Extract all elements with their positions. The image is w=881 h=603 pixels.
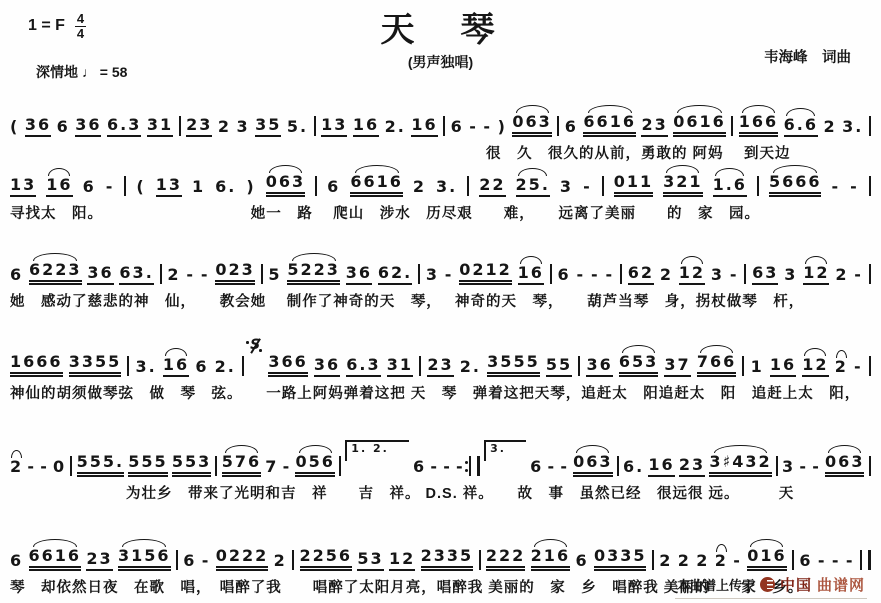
note-group: 555 [128, 454, 167, 477]
barline [620, 264, 622, 284]
note-group: 6616 [583, 114, 636, 137]
note-group: 16 [648, 457, 674, 477]
note-group: 12 [679, 265, 705, 285]
note-group: 6616 [29, 548, 82, 571]
tempo-value: ♩ = 58 [82, 64, 128, 80]
note-group: 23 [86, 551, 112, 571]
note-group: - [730, 267, 739, 285]
note-group: 2 [659, 553, 672, 571]
note-group: 7 [265, 459, 278, 477]
note-group: 36 [25, 117, 51, 137]
note-group: - [733, 553, 742, 571]
notation-line: 166633553.1662.S366366.331232.3555553665… [8, 338, 873, 379]
system: 13166-(1316.)0636661623.2225.3-0113211.6… [8, 158, 873, 246]
volta-bracket: 3. [484, 440, 526, 461]
note-group: 36 [586, 357, 612, 377]
note-group: 6 [57, 119, 70, 137]
barline [869, 264, 871, 284]
note-group: 23 [427, 357, 453, 377]
barline [292, 550, 294, 570]
note-group: 53 [357, 551, 383, 571]
note-group: 3 [560, 179, 573, 197]
note-group: - [818, 553, 827, 571]
upload-note-text: 本曲谱上传于 [677, 575, 755, 594]
note-group: 2 [715, 553, 728, 571]
barline [869, 456, 871, 476]
note-group: 6.3 [107, 117, 141, 137]
note-group: 2 [218, 119, 231, 137]
song-subtitle: (男声独唱) [408, 52, 473, 72]
note-group: 2 [835, 359, 848, 377]
note-group: 2 [413, 179, 426, 197]
note-group: 2. [215, 359, 236, 377]
note-group: 056 [295, 454, 334, 477]
note-group: 6 [451, 119, 464, 137]
barline [757, 176, 759, 196]
barline [869, 356, 871, 376]
note-group: 23 [186, 117, 212, 137]
note-group: 6 [558, 267, 571, 285]
note-group: 6 [530, 459, 543, 477]
barline [419, 356, 421, 376]
system: (366366.3312323355.13162.166--)063666162… [8, 98, 873, 158]
note-group: 6 [575, 553, 588, 571]
note-group: 2 [274, 553, 287, 571]
note-group: 62 [628, 265, 654, 285]
note-group: 5 [268, 267, 281, 285]
note-group: 555. [77, 454, 124, 477]
note-group: 25. [516, 177, 550, 197]
note-group: - [469, 119, 478, 137]
note-group: ) [246, 179, 255, 197]
note-group: - [846, 553, 855, 571]
note-group: 2. [460, 359, 481, 377]
note-group: 36 [346, 265, 372, 285]
note-group: - [186, 267, 195, 285]
note-group: 766 [697, 354, 736, 377]
note-group: 2 [10, 459, 23, 477]
barline [242, 356, 244, 376]
note-group: 3555 [487, 354, 540, 377]
note-group: 016 [747, 548, 786, 571]
barline [652, 550, 654, 570]
note-group: 13 [10, 177, 36, 197]
note-group: - [605, 267, 614, 285]
note-group: 3♯432 [709, 454, 771, 477]
system: 166633553.1662.S366366.331232.3555553665… [8, 338, 873, 438]
barline [443, 116, 445, 136]
note-group: 36 [87, 265, 113, 285]
note-group: 2 [167, 267, 180, 285]
meter-upper: 4 [75, 12, 86, 27]
system: 662233663.2--023552233662.3-0212166---62… [8, 246, 873, 338]
note-group: 6 [183, 553, 196, 571]
note-group: 62. [378, 265, 412, 285]
note-group: 011 [614, 174, 653, 197]
note-group: 553 [172, 454, 211, 477]
note-group: 2 [678, 553, 691, 571]
note-group: 6223 [29, 262, 82, 285]
barline [314, 116, 316, 136]
note-group: - [854, 267, 863, 285]
note-group: 6 [799, 553, 812, 571]
note-group: 2 [660, 267, 673, 285]
note-group: ( [136, 179, 145, 197]
repeat-barline [469, 456, 480, 476]
score: (366366.3312323355.13162.166--)063666162… [0, 96, 881, 596]
note-group: 3. [842, 119, 863, 137]
note-group: - [850, 179, 859, 197]
barline [261, 264, 263, 284]
note-group: 12 [389, 551, 415, 571]
note-group: - [283, 459, 292, 477]
barline [578, 356, 580, 376]
lyrics-line: 为壮乡 带来了光明和吉 祥 吉 祥。 D.S. 祥。 故 事 虽然已经 很远很 … [8, 479, 873, 503]
site-logo-icon [760, 577, 775, 592]
note-group: 1 [192, 179, 205, 197]
notation-line: 662233663.2--023552233662.3-0212166---62… [8, 246, 873, 287]
note-group: 5223 [287, 262, 340, 285]
note-group: 3355 [69, 354, 122, 377]
barline [176, 550, 178, 570]
barline [160, 264, 162, 284]
note-group: 3 [711, 267, 724, 285]
meter-lower: 4 [77, 27, 84, 41]
note-group: 6 [10, 267, 23, 285]
note-group: 3. [436, 179, 457, 197]
note-group: - [591, 267, 600, 285]
note-group: 063 [825, 454, 864, 477]
note-group: 35 [255, 117, 281, 137]
note-group: 2 [835, 267, 848, 285]
note-group: - [445, 267, 454, 285]
barline [869, 176, 871, 196]
barline [776, 456, 778, 476]
note-group: 13 [321, 117, 347, 137]
note-group: 2. [385, 119, 406, 137]
note-group: ( [10, 119, 19, 137]
note-group: - [27, 459, 36, 477]
note-group: - [106, 179, 115, 197]
note-group: 16 [518, 265, 544, 285]
barline [215, 456, 217, 476]
note-group: - [202, 553, 211, 571]
note-group: 6 [195, 359, 208, 377]
note-group: 5. [287, 119, 308, 137]
volta-bracket: 1. 2. [345, 440, 409, 461]
notation-line: (366366.3312323355.13162.166--)063666162… [8, 98, 873, 139]
note-group: 16 [353, 117, 379, 137]
note-group: 3 [237, 119, 250, 137]
note-group: 653 [619, 354, 658, 377]
note-group: 3. [136, 359, 157, 377]
note-group: - [560, 459, 569, 477]
note-group: 063 [512, 114, 551, 137]
footer: 本曲谱上传于 中国 曲谱网 [675, 574, 867, 599]
note-group: 16 [770, 357, 796, 377]
note-group: 023 [215, 262, 254, 285]
key-label: 1 = F [28, 17, 65, 35]
note-group: - [430, 459, 439, 477]
note-group: - [456, 459, 465, 477]
note-group: - [832, 179, 841, 197]
barline [742, 356, 744, 376]
note-group: 2 [824, 119, 837, 137]
barline [550, 264, 552, 284]
barline [869, 116, 871, 136]
note-group: 3 [784, 267, 797, 285]
note-group: 23 [679, 457, 705, 477]
note-group: - [547, 459, 556, 477]
note-group: - [832, 553, 841, 571]
note-group: 0212 [459, 262, 512, 285]
note-group: 16 [163, 357, 189, 377]
expression-label: 深情地 [36, 64, 78, 80]
tempo-marking: 深情地 ♩ = 58 [36, 62, 127, 82]
note-group: 16 [46, 177, 72, 197]
lyrics-line: 神仙的胡须做琴弦 做 琴 弦。 一路上阿妈弹着这把 天 琴 弹着这把天琴，追赶太… [8, 379, 873, 403]
note-group: 22 [479, 177, 505, 197]
note-group: 321 [663, 174, 702, 197]
note-group: 216 [531, 548, 570, 571]
note-group: 6. [623, 459, 644, 477]
note-group: 3 [782, 459, 795, 477]
score-header: 1 = F 4 4 深情地 ♩ = 58 天 琴 (男声独唱) 韦海峰 词曲 [0, 0, 881, 96]
barline [315, 176, 317, 196]
note-group: 63. [119, 265, 153, 285]
note-group: 1 [751, 359, 764, 377]
note-group: 366 [268, 354, 307, 377]
note-group: 0616 [673, 114, 726, 137]
note-group: 576 [222, 454, 261, 477]
barline [339, 456, 341, 476]
note-group: 3 [426, 267, 439, 285]
note-group: ) [498, 119, 507, 137]
note-group: 6616 [350, 174, 403, 197]
note-group: - [443, 459, 452, 477]
barline [617, 456, 619, 476]
note-group: 63 [752, 265, 778, 285]
note-group: 6.6 [784, 117, 818, 137]
note-group: 2256 [300, 548, 353, 571]
note-group: 0222 [216, 548, 269, 571]
barline [127, 356, 129, 376]
note-group: 6 [413, 459, 426, 477]
note-group: 23 [641, 117, 667, 137]
site-name-secondary: 曲谱网 [817, 574, 865, 595]
note-group: 6 [83, 179, 96, 197]
notation-line: 13166-(1316.)0636661623.2225.3-0113211.6… [8, 158, 873, 199]
barline [124, 176, 126, 196]
barline [179, 116, 181, 136]
barline [792, 550, 794, 570]
barline [467, 176, 469, 196]
note-group: 12 [802, 357, 828, 377]
note-group: 55 [546, 357, 572, 377]
barline [602, 176, 604, 196]
barline [418, 264, 420, 284]
lyrics-line: 她 感动了慈悲的神 仙， 教会她 制作了神奇的天 琴， 神奇的天 琴， 葫芦当琴… [8, 287, 873, 311]
note-group: 6. [215, 179, 236, 197]
lyrics-line: 寻找太 阳。 她一 路 爬山 涉水 历尽艰 难， 远离了美丽 的 家 园。 [8, 199, 873, 223]
system: 2--0555.5555535767-0561. 2.6---3.6--0636… [8, 438, 873, 532]
key-signature: 1 = F 4 4 [28, 12, 86, 40]
note-group: - [201, 267, 210, 285]
site-name-primary: 中国 [780, 574, 812, 595]
note-group: - [40, 459, 49, 477]
note-group: - [854, 359, 863, 377]
note-group: 2335 [421, 548, 474, 571]
note-group: 063 [266, 174, 305, 197]
note-group: 0335 [594, 548, 647, 571]
note-group: 31 [387, 357, 413, 377]
note-group: 5666 [769, 174, 822, 197]
note-group: - [799, 459, 808, 477]
note-group: 36 [314, 357, 340, 377]
note-group: - [577, 267, 586, 285]
note-group: 16 [411, 117, 437, 137]
sheet-music-page: { "header": { "key": "1 = F", "meter_upp… [0, 0, 881, 603]
note-group: 6 [10, 553, 23, 571]
note-group: 3156 [118, 548, 171, 571]
barline [557, 116, 559, 136]
notation-line: 2--0555.5555535767-0561. 2.6---3.6--0636… [8, 438, 873, 479]
note-group: 6 [327, 179, 340, 197]
note-group: 1666 [10, 354, 63, 377]
note-group: - [583, 179, 592, 197]
notation-line: 666162331566-022222256531223352222166033… [8, 532, 873, 573]
score-page: 1 = F 4 4 深情地 ♩ = 58 天 琴 (男声独唱) 韦海峰 词曲 (… [0, 0, 881, 603]
note-group: 37 [664, 357, 690, 377]
segno-icon: S [250, 338, 262, 352]
barline [479, 550, 481, 570]
note-group: 6.3 [346, 357, 380, 377]
barline [731, 116, 733, 136]
note-group: - [812, 459, 821, 477]
note-group: 36 [75, 117, 101, 137]
note-group: 13 [156, 177, 182, 197]
song-title: 天 琴 [381, 2, 501, 51]
note-group: - [483, 119, 492, 137]
note-group: 2 [696, 553, 709, 571]
note-group: 12 [803, 265, 829, 285]
note-group: 222 [486, 548, 525, 571]
note-group: 31 [147, 117, 173, 137]
time-signature: 4 4 [75, 12, 86, 40]
note-group: 0 [53, 459, 66, 477]
note-group: 1.6 [713, 177, 747, 197]
final-barline [860, 550, 871, 570]
barline [744, 264, 746, 284]
note-group: 063 [573, 454, 612, 477]
note-group: 166 [739, 114, 778, 137]
note-group: 6 [565, 119, 578, 137]
barline [70, 456, 72, 476]
composer-credit: 韦海峰 词曲 [764, 46, 851, 67]
